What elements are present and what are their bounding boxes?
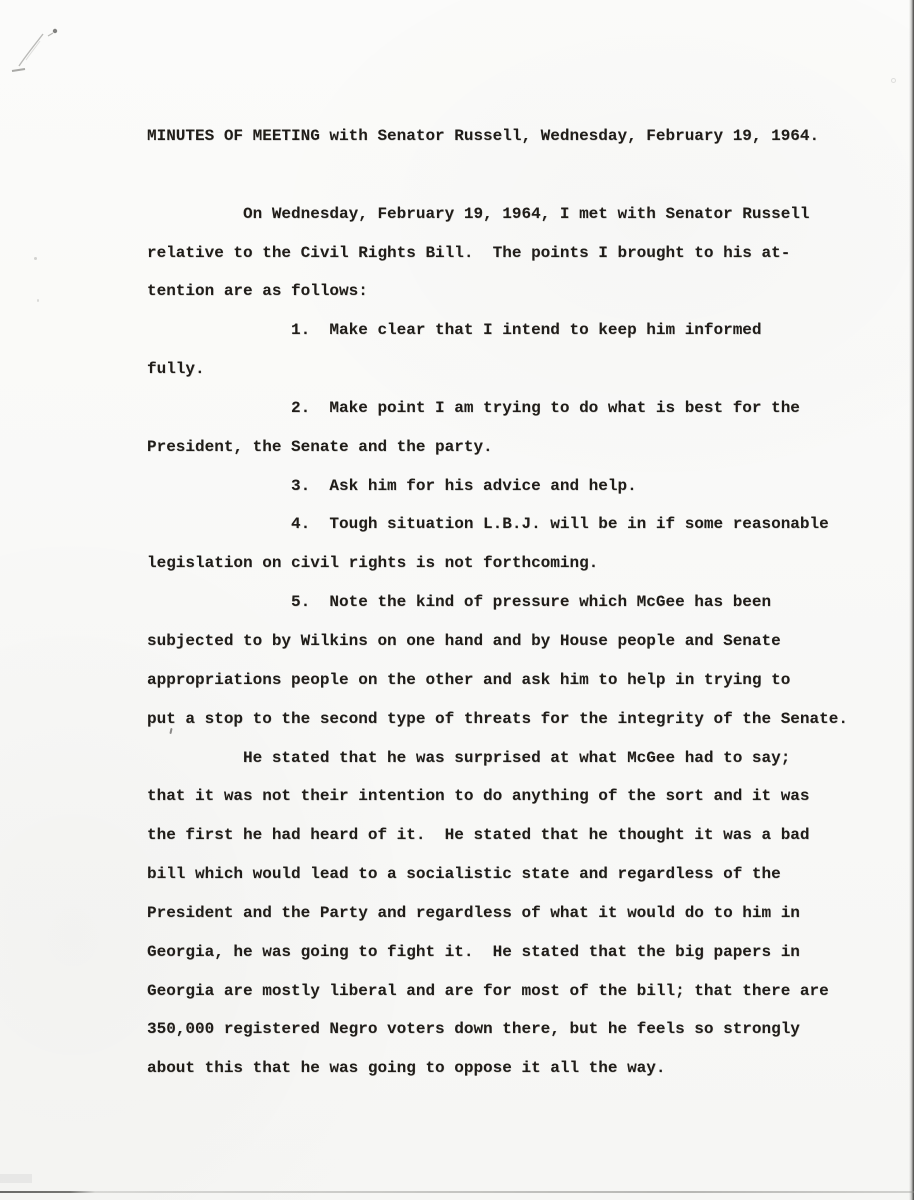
document-line: subjected to by Wilkins on one hand and … [147, 622, 887, 661]
document-line: fully. [147, 350, 887, 389]
document-line: Georgia are mostly liberal and are for m… [147, 972, 887, 1011]
document-line: put a stop to the second type of threats… [147, 700, 887, 739]
document-line: the first he had heard of it. He stated … [147, 816, 887, 855]
paper-speck [891, 78, 896, 83]
scan-smudge [0, 1174, 32, 1183]
document-line: On Wednesday, February 19, 1964, I met w… [147, 195, 887, 234]
document-line: bill which would lead to a socialistic s… [147, 855, 887, 894]
document-line: He stated that he was surprised at what … [147, 739, 887, 778]
document-line: 2. Make point I am trying to do what is … [147, 389, 887, 428]
document-page: MINUTES OF MEETING with Senator Russell,… [147, 117, 887, 1088]
document-line: that it was not their intention to do an… [147, 777, 887, 816]
blank-line [147, 156, 887, 195]
pencil-mark [0, 0, 90, 95]
scanned-document: { "document": { "title": "MINUTES OF MEE… [0, 0, 914, 1200]
document-title: MINUTES OF MEETING with Senator Russell,… [147, 117, 887, 156]
document-line: 3. Ask him for his advice and help. [147, 467, 887, 506]
document-line: appropriations people on the other and a… [147, 661, 887, 700]
scan-edge-right [909, 0, 914, 1200]
document-line: 1. Make clear that I intend to keep him … [147, 311, 887, 350]
document-line: President, the Senate and the party. [147, 428, 887, 467]
document-line: Georgia, he was going to fight it. He st… [147, 933, 887, 972]
document-line: 350,000 registered Negro voters down the… [147, 1010, 887, 1049]
document-line: 5. Note the kind of pressure which McGee… [147, 583, 887, 622]
document-line: legislation on civil rights is not forth… [147, 544, 887, 583]
scan-edge-bottom [0, 1191, 914, 1193]
document-line: relative to the Civil Rights Bill. The p… [147, 234, 887, 273]
document-line: tention are as follows: [147, 272, 887, 311]
document-body: On Wednesday, February 19, 1964, I met w… [147, 195, 887, 1088]
paper-speck [34, 257, 37, 260]
document-line: 4. Tough situation L.B.J. will be in if … [147, 505, 887, 544]
document-line: President and the Party and regardless o… [147, 894, 887, 933]
paper-speck [37, 299, 39, 302]
document-line: about this that he was going to oppose i… [147, 1049, 887, 1088]
